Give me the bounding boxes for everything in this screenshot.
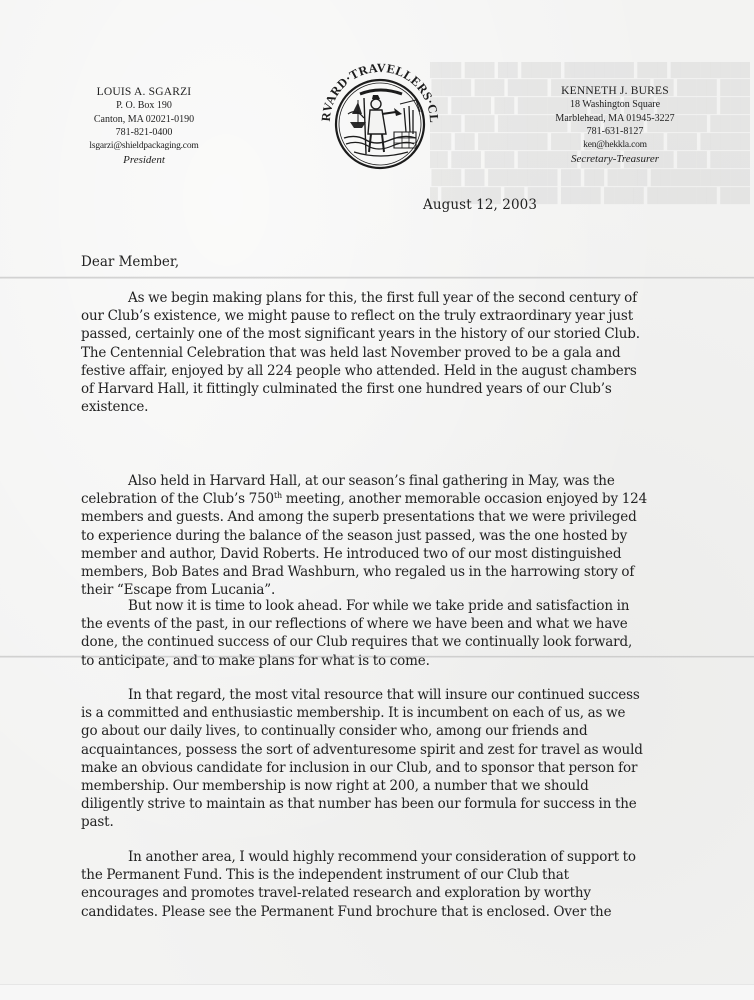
paragraph-line: the Permanent Fund. This is the independ… bbox=[81, 866, 701, 884]
body-paragraph: As we begin making plans for this, the f… bbox=[81, 289, 701, 416]
secretary-email: ken@hekkla.com bbox=[545, 139, 685, 153]
letterhead-secretary-treasurer: KENNETH J. BURES 18 Washington Square Ma… bbox=[545, 84, 685, 167]
body-paragraph: Also held in Harvard Hall, at our season… bbox=[81, 472, 701, 599]
line-text: celebration of the Club’s 750 bbox=[81, 491, 274, 507]
letter-page: ████████ ███ ███████ ████ ██ ███ ████ ██… bbox=[0, 0, 754, 1000]
club-seal-traveller-icon: ·HARVARD·TRAVELLERS·CLUB· bbox=[316, 52, 444, 180]
secretary-role: Secretary-Treasurer bbox=[545, 153, 685, 167]
president-name: LOUIS A. SGARZI bbox=[88, 85, 200, 99]
body-paragraph: In another area, I would highly recommen… bbox=[81, 848, 701, 921]
letter-date: August 12, 2003 bbox=[423, 197, 537, 213]
paragraph-line: As we begin making plans for this, the f… bbox=[81, 289, 701, 307]
body-paragraph: In that regard, the most vital resource … bbox=[81, 686, 701, 832]
secretary-address-line2: Marblehead, MA 01945-3227 bbox=[545, 112, 685, 126]
president-role: President bbox=[88, 154, 200, 168]
president-address-line2: Canton, MA 02021-0190 bbox=[88, 113, 200, 127]
paragraph-line: diligently strive to maintain as that nu… bbox=[81, 795, 701, 813]
page-bottom-edge bbox=[0, 984, 754, 1000]
paragraph-line: past. bbox=[81, 813, 701, 831]
salutation: Dear Member, bbox=[81, 254, 179, 270]
secretary-phone: 781-631-8127 bbox=[545, 125, 685, 139]
paragraph-line: But now it is time to look ahead. For wh… bbox=[81, 597, 701, 615]
letterhead-president: LOUIS A. SGARZI P. O. Box 190 Canton, MA… bbox=[88, 85, 200, 168]
paper-fold-line bbox=[0, 276, 754, 279]
paragraph-line: candidates. Please see the Permanent Fun… bbox=[81, 903, 701, 921]
paragraph-line: done, the continued success of our Club … bbox=[81, 633, 701, 651]
ordinal-suffix: th bbox=[274, 491, 282, 500]
secretary-name: KENNETH J. BURES bbox=[545, 84, 685, 98]
paragraph-line: encourages and promotes travel-related r… bbox=[81, 884, 701, 902]
paragraph-line: In another area, I would highly recommen… bbox=[81, 848, 701, 866]
paragraph-line: members, Bob Bates and Brad Washburn, wh… bbox=[81, 563, 701, 581]
paragraph-line: to experience during the balance of the … bbox=[81, 527, 701, 545]
paragraph-line: members and guests. And among the superb… bbox=[81, 508, 701, 526]
body-paragraph: But now it is time to look ahead. For wh… bbox=[81, 597, 701, 670]
paragraph-line: Also held in Harvard Hall, at our season… bbox=[81, 472, 701, 490]
paragraph-line: acquaintances, possess the sort of adven… bbox=[81, 741, 701, 759]
paragraph-line: passed, certainly one of the most signif… bbox=[81, 325, 701, 343]
paragraph-line: In that regard, the most vital resource … bbox=[81, 686, 701, 704]
paragraph-line: existence. bbox=[81, 398, 701, 416]
paragraph-line: the events of the past, in our reflectio… bbox=[81, 615, 701, 633]
paragraph-line: our Club’s existence, we might pause to … bbox=[81, 307, 701, 325]
paragraph-line: is a committed and enthusiastic membersh… bbox=[81, 704, 701, 722]
paragraph-line: to anticipate, and to make plans for wha… bbox=[81, 652, 701, 670]
paragraph-line: make an obvious candidate for inclusion … bbox=[81, 759, 701, 777]
line-text: meeting, another memorable occasion enjo… bbox=[282, 491, 647, 507]
paragraph-line: membership. Our membership is now right … bbox=[81, 777, 701, 795]
paragraph-line: festive affair, enjoyed by all 224 peopl… bbox=[81, 362, 701, 380]
secretary-address-line1: 18 Washington Square bbox=[545, 98, 685, 112]
president-address-line1: P. O. Box 190 bbox=[88, 99, 200, 113]
paragraph-line: of Harvard Hall, it fittingly culminated… bbox=[81, 380, 701, 398]
paragraph-line: The Centennial Celebration that was held… bbox=[81, 344, 701, 362]
paragraph-line: go about our daily lives, to continually… bbox=[81, 722, 701, 740]
paragraph-line: celebration of the Club’s 750th meeting,… bbox=[81, 490, 701, 508]
paragraph-line: member and author, David Roberts. He int… bbox=[81, 545, 701, 563]
president-phone: 781-821-0400 bbox=[88, 126, 200, 140]
president-email: lsgarzi@shieldpackaging.com bbox=[88, 140, 200, 154]
